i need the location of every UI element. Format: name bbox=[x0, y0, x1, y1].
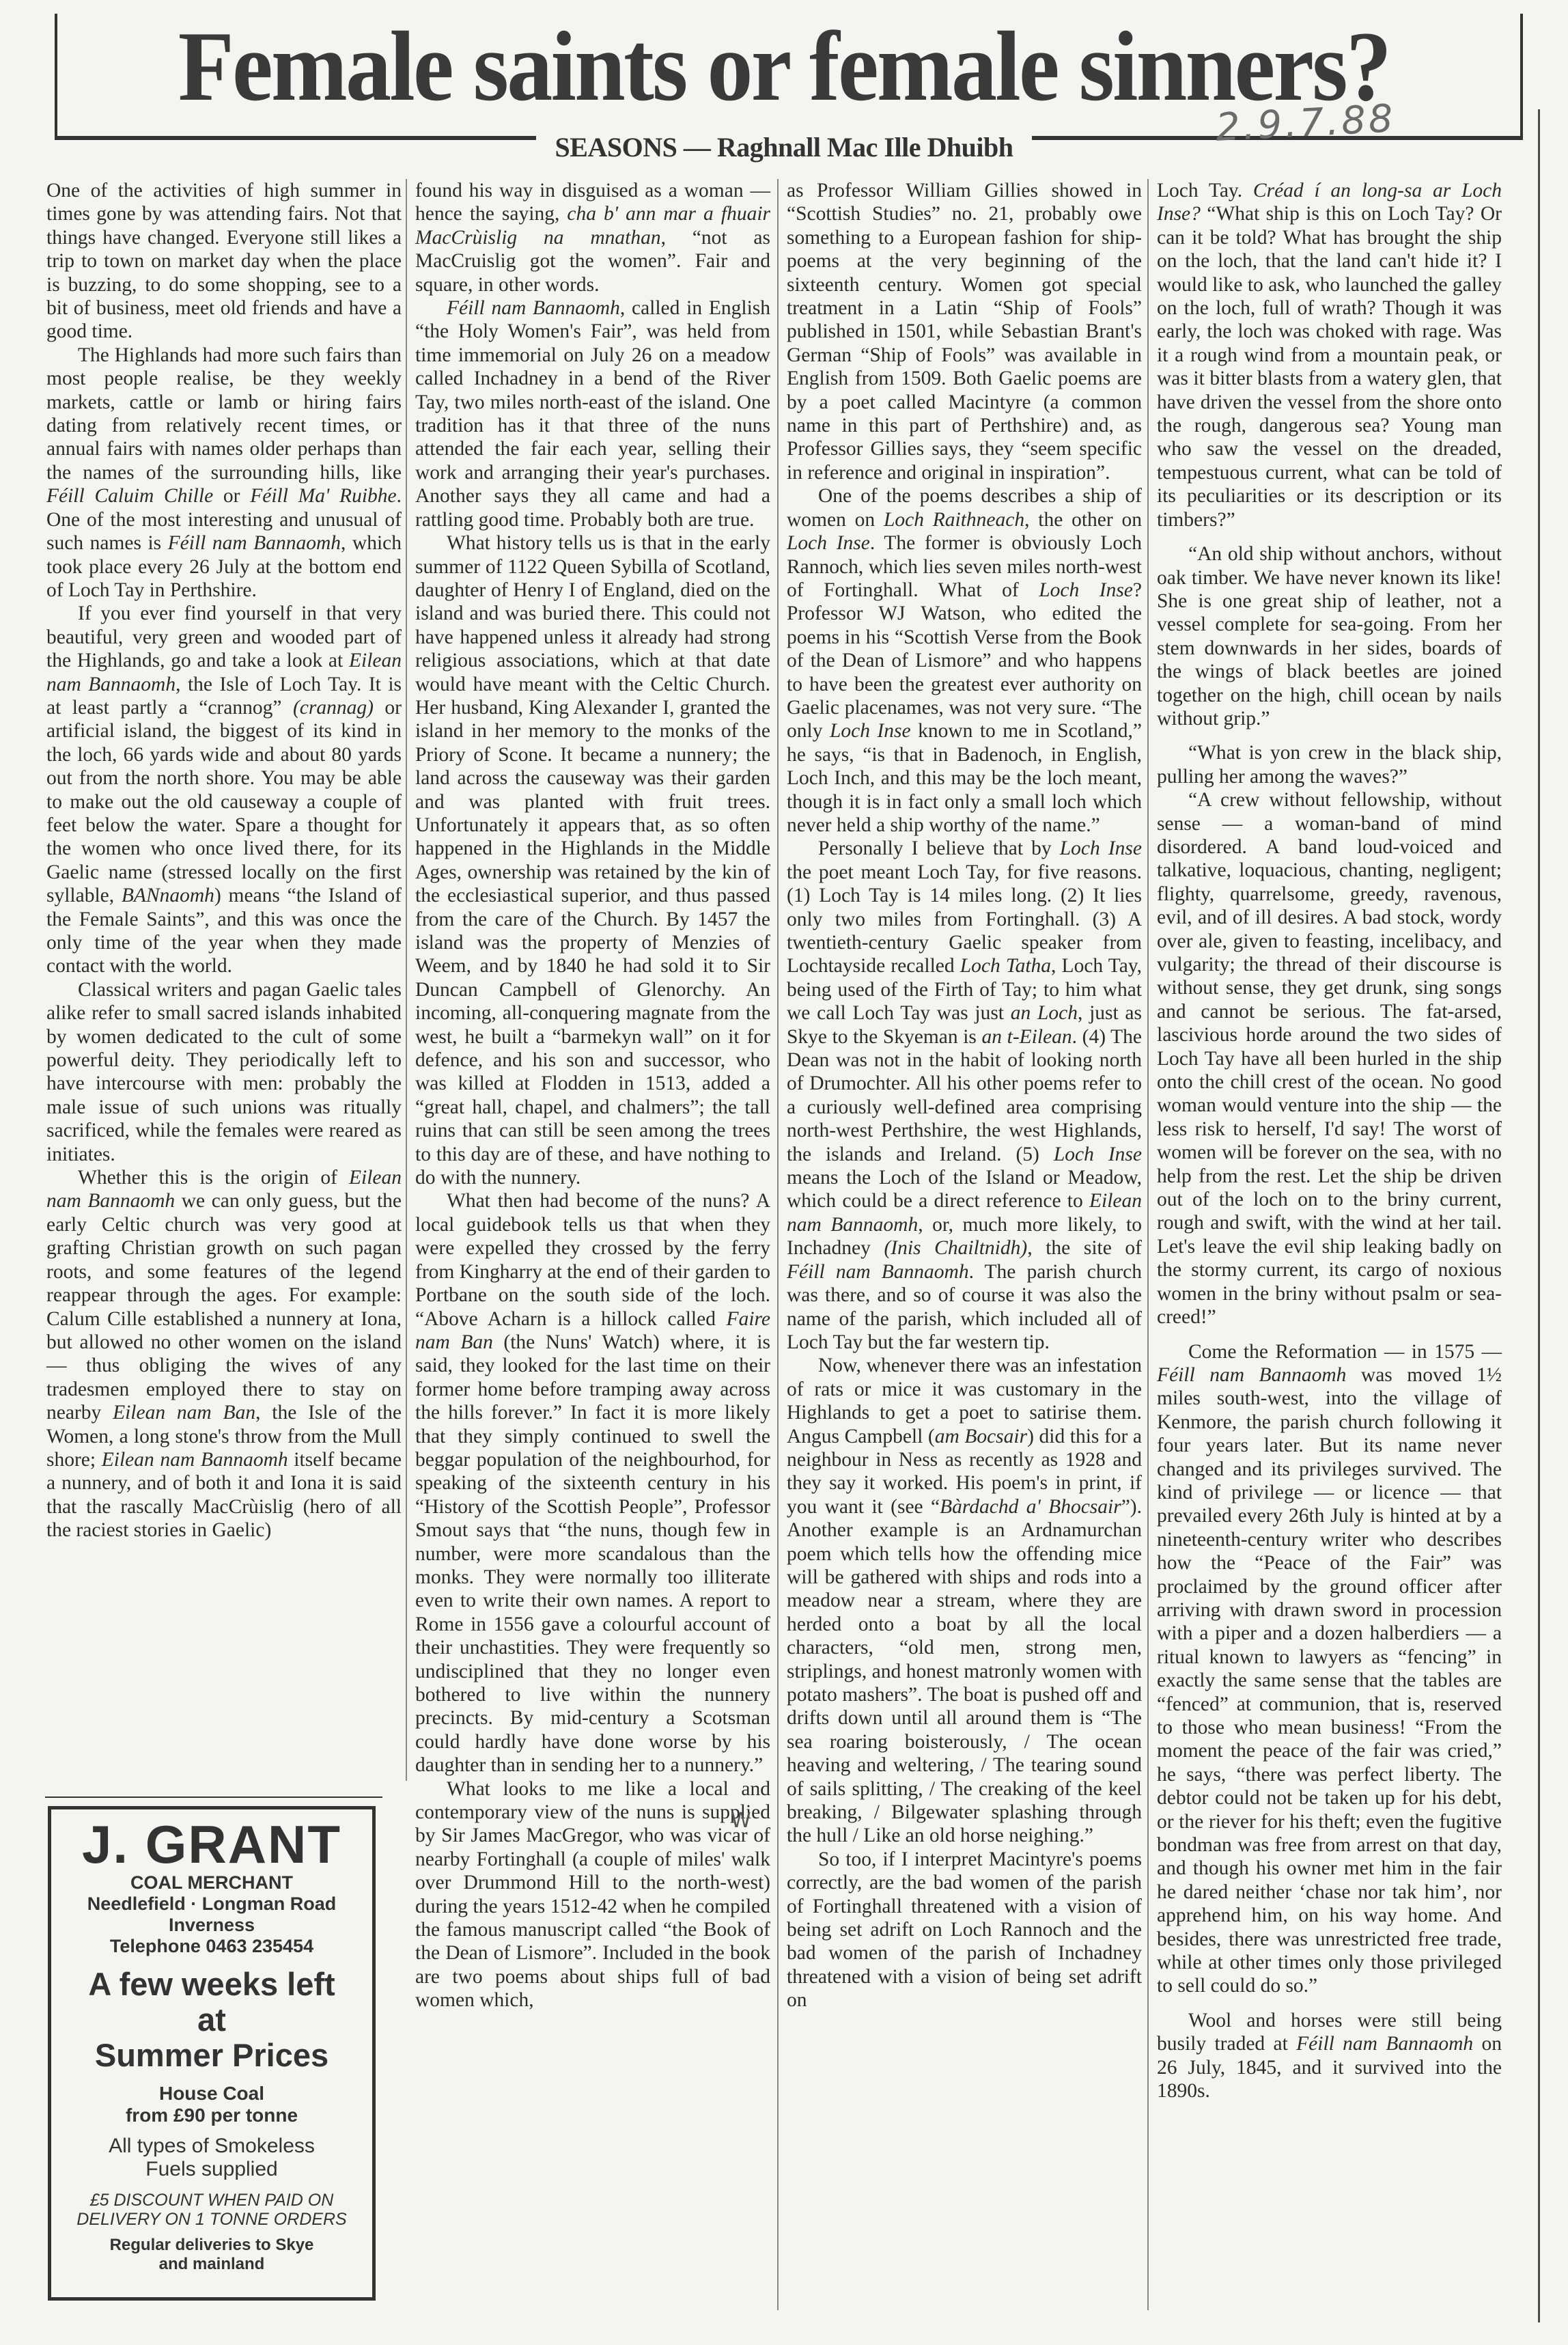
article-paragraph: Wool and horses were still being busily … bbox=[1157, 2009, 1502, 2103]
article-paragraph: Now, whenever there was an infestation o… bbox=[787, 1354, 1142, 1848]
article-paragraph: as Professor William Gillies showed in “… bbox=[787, 179, 1142, 484]
article-column-3: as Professor William Gillies showed in “… bbox=[787, 179, 1142, 2012]
article-column-1: One of the activities of high summer in … bbox=[46, 179, 402, 1542]
article-paragraph: One of the activities of high summer in … bbox=[46, 179, 402, 344]
article-paragraph: Whether this is the origin of Eilean nam… bbox=[46, 1166, 402, 1542]
article-paragraph: “An old ship without anchors, without oa… bbox=[1157, 542, 1502, 730]
advert-headline-1: A few weeks left bbox=[51, 1967, 372, 2002]
article-paragraph: Classical writers and pagan Gaelic tales… bbox=[46, 978, 402, 1166]
article-paragraph: “A crew without fellowship, without sens… bbox=[1157, 788, 1502, 1329]
newspaper-page: Female saints or female sinners? 2.9.7.8… bbox=[0, 0, 1568, 2345]
advert-fuels-2: Fuels supplied bbox=[51, 2158, 372, 2181]
advert-address-2: Inverness bbox=[51, 1915, 372, 1936]
article-paragraph: The Highlands had more such fairs than m… bbox=[46, 344, 402, 602]
article-column-2: found his way in disguised as a woman — … bbox=[415, 179, 770, 2012]
byline-text: SEASONS — Raghnall Mac Ille Dhuibh bbox=[536, 132, 1033, 163]
article-paragraph: Personally I believe that by Loch Inse t… bbox=[787, 837, 1142, 1354]
advert-discount-1: £5 DISCOUNT WHEN PAID ON bbox=[51, 2191, 372, 2210]
advert-headline-3: Summer Prices bbox=[51, 2038, 372, 2073]
advert-fuels-1: All types of Smokeless bbox=[51, 2135, 372, 2158]
column-divider bbox=[777, 179, 779, 2310]
right-border-rule bbox=[1538, 109, 1540, 2322]
advert-address-1: Needlefield · Longman Road bbox=[51, 1893, 372, 1915]
article-paragraph: “What is yon crew in the black ship, pul… bbox=[1157, 741, 1502, 788]
headline: Female saints or female sinners? bbox=[63, 16, 1505, 116]
advert-price: from £90 per tonne bbox=[51, 2105, 372, 2126]
advert-telephone: Telephone 0463 235454 bbox=[51, 1936, 372, 1957]
advert-top-rule bbox=[45, 1796, 382, 1798]
advert-trade: COAL MERCHANT bbox=[51, 1872, 372, 1893]
article-paragraph: What history tells us is that in the ear… bbox=[415, 531, 770, 1189]
advert-product: House Coal bbox=[51, 2083, 372, 2105]
article-paragraph: One of the poems describes a ship of wom… bbox=[787, 484, 1142, 837]
article-column-4: Loch Tay. Créad í an long-sa ar Loch Ins… bbox=[1157, 179, 1502, 2103]
coal-merchant-advert: J. GRANT COAL MERCHANT Needlefield · Lon… bbox=[48, 1806, 376, 2301]
advert-headline-2: at bbox=[51, 2002, 372, 2038]
advert-discount-2: DELIVERY ON 1 TONNE ORDERS bbox=[51, 2210, 372, 2229]
article-paragraph: Loch Tay. Créad í an long-sa ar Loch Ins… bbox=[1157, 179, 1502, 531]
margin-note: W bbox=[731, 1809, 751, 1833]
article-paragraph: What then had become of the nuns? A loca… bbox=[415, 1189, 770, 1777]
advert-delivery-1: Regular deliveries to Skye bbox=[51, 2236, 372, 2255]
column-divider bbox=[406, 179, 407, 1781]
byline: SEASONS — Raghnall Mac Ille Dhuibh bbox=[0, 131, 1568, 163]
column-divider bbox=[1147, 179, 1149, 2310]
advert-delivery-2: and mainland bbox=[51, 2255, 372, 2274]
advert-name: J. GRANT bbox=[51, 1816, 372, 1872]
article-paragraph: So too, if I interpret Macintyre's poems… bbox=[787, 1848, 1142, 2012]
article-paragraph: found his way in disguised as a woman — … bbox=[415, 179, 770, 296]
article-paragraph: Féill nam Bannaomh, called in English “t… bbox=[415, 296, 770, 531]
article-paragraph: What looks to me like a local and contem… bbox=[415, 1777, 770, 2012]
article-paragraph: If you ever find yourself in that very b… bbox=[46, 602, 402, 978]
article-paragraph: Come the Reformation — in 1575 — Féill n… bbox=[1157, 1340, 1502, 1998]
